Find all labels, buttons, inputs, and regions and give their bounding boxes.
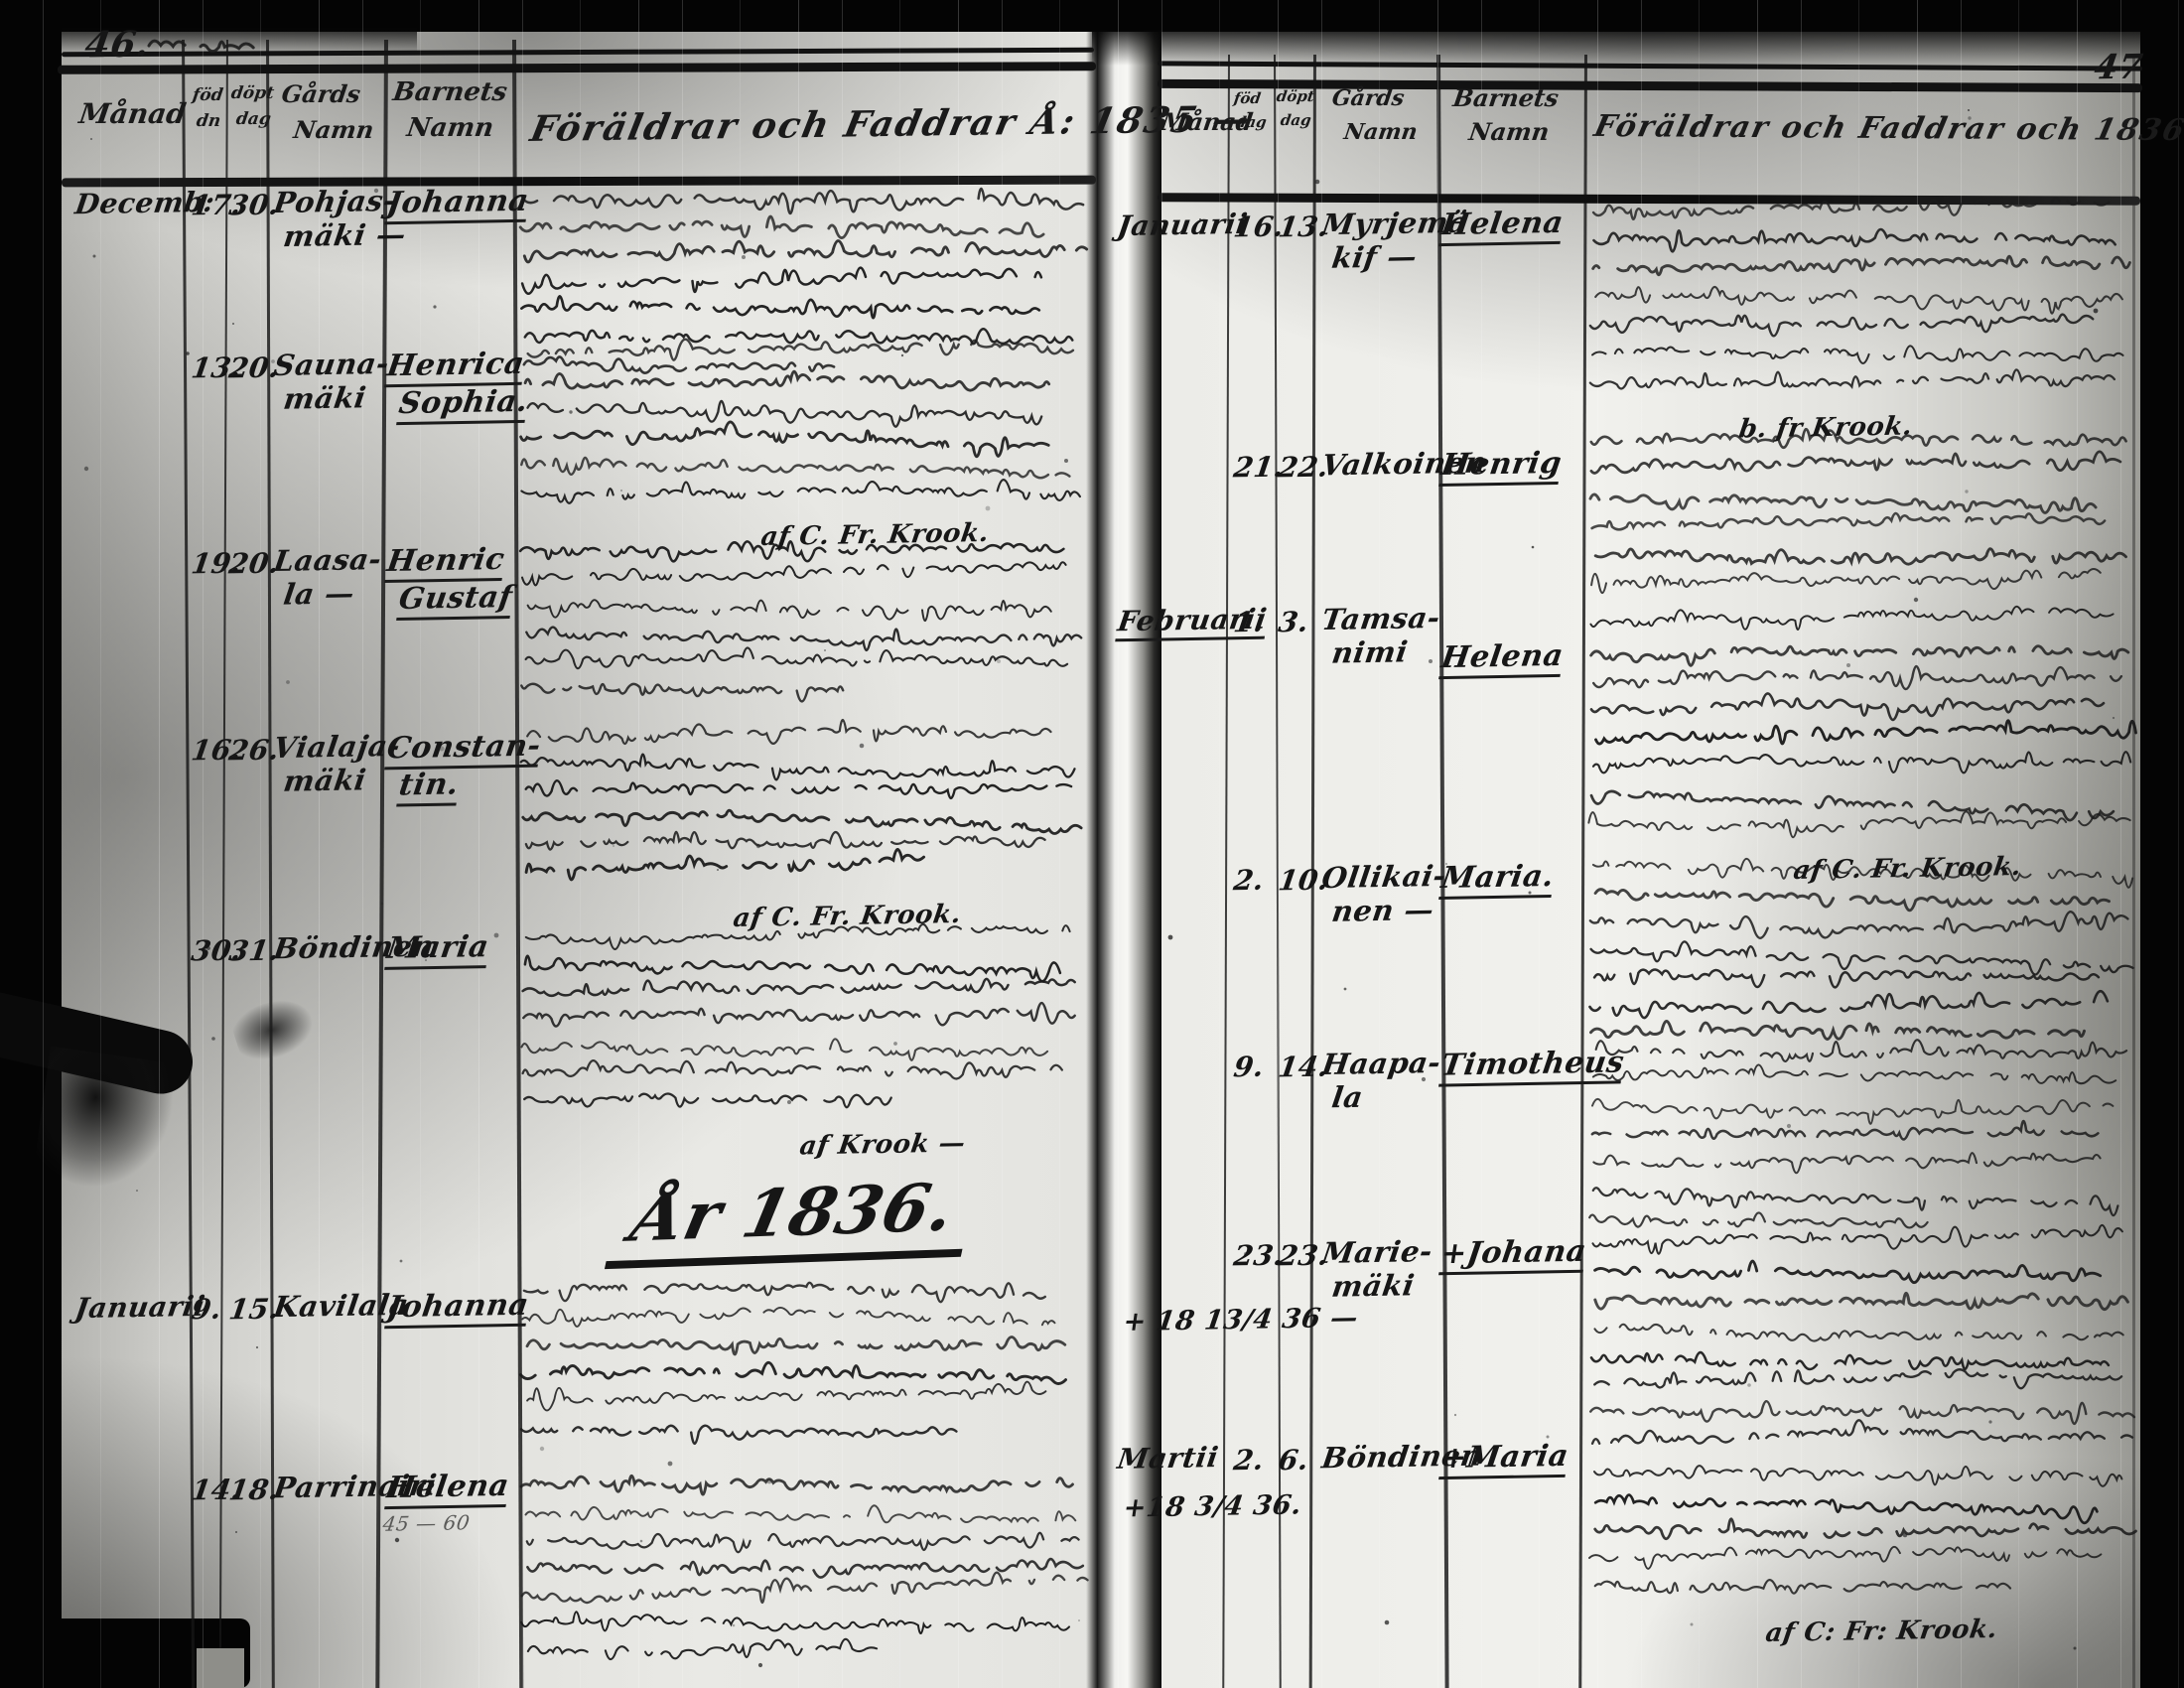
paper-speck (787, 1100, 791, 1104)
right-col-farm2: Namn (1342, 119, 1419, 145)
entry-signature: af Krook — (798, 1128, 968, 1161)
handwriting-line (524, 189, 1083, 213)
handwriting-line (1595, 1325, 2123, 1341)
paper-speck (400, 1260, 403, 1263)
paper-speck (1344, 988, 1347, 991)
handwriting-line (1591, 569, 2110, 593)
entry-born-day: 2. (1232, 864, 1267, 898)
handwriting-line (1596, 721, 2152, 744)
handwriting-line (1591, 1352, 2123, 1369)
left-col-bapt1: döpt (230, 83, 276, 103)
paper-speck (211, 1037, 215, 1041)
entry-child-name: Gustaf (396, 580, 514, 621)
entry-farm-name: la — (282, 576, 357, 611)
entry-month: Martii (1116, 1441, 1221, 1476)
handwriting-line (526, 832, 1045, 850)
paper-speck (717, 869, 719, 871)
handwriting-line (1592, 1121, 2099, 1139)
handwriting-line (1593, 199, 2109, 219)
paper-speck (1846, 663, 1850, 667)
paper-speck (620, 490, 622, 492)
paper-speck (1078, 1619, 1080, 1621)
entry-born-day: 9. (190, 1293, 224, 1327)
entry-farm-name: kif — (1329, 239, 1419, 274)
handwriting-line (1594, 1369, 2121, 1388)
handwriting-line (523, 979, 1075, 996)
entry-death-note: +18 3/4 36. (1122, 1489, 1304, 1523)
left-col-bapt2: dag (235, 109, 273, 129)
left-col-child2: Namn (405, 113, 495, 143)
entry-farm-name: Pohjas- (271, 184, 398, 219)
left-col-born2: dn (196, 111, 222, 131)
paper-speck (901, 354, 903, 356)
handwriting-line (1595, 287, 2122, 314)
entry-child-name: Sophia. (396, 384, 530, 425)
handwriting-line (527, 1533, 1079, 1553)
handwriting-line (1591, 693, 2104, 720)
paper-speck (1914, 598, 1918, 602)
handwriting-line (521, 296, 1038, 318)
entry-signature: af C. Fr. Krook. (1791, 852, 2023, 886)
entry-month: Januarii (73, 1290, 207, 1325)
handwriting-line (526, 1505, 1076, 1522)
right-col-farm1: Gårds (1330, 85, 1406, 111)
handwriting-line (1595, 1519, 2136, 1539)
entry-child-name: Henric (384, 542, 507, 583)
entry-child-name: +Maria (1438, 1439, 1570, 1479)
entry-child-name: Helena (384, 1469, 511, 1509)
entry-child-name: Timotheus (1438, 1045, 1626, 1086)
paper-speck (1064, 459, 1068, 463)
left-page-number: 46. (82, 23, 152, 66)
handwriting-line (1590, 315, 2102, 337)
handwriting-line (1591, 1021, 2100, 1039)
handwriting-line (520, 216, 1043, 238)
paper-speck (2058, 309, 2060, 311)
paper-speck (2076, 69, 2079, 71)
right-col-born2: dag (1235, 113, 1268, 131)
handwriting-line (1595, 549, 2125, 564)
handwriting-line (1595, 1495, 2097, 1523)
entry-child-name: tin. (396, 767, 461, 806)
entry-farm-name: la (1330, 1080, 1366, 1115)
handwriting-line (1590, 1401, 2134, 1424)
handwriting-line (1595, 1580, 2026, 1594)
handwriting-line (1595, 890, 2109, 911)
handwriting-line (1596, 1040, 2126, 1061)
right-wide-header: Föräldrar och Faddrar och 1836 (1591, 109, 2184, 148)
paper-speck (992, 967, 995, 970)
entry-child-name: Henrig (1438, 446, 1564, 487)
paper-speck (893, 1042, 897, 1046)
handwriting-line (521, 422, 1049, 457)
paper-speck (1691, 1623, 1694, 1626)
handwriting-line (527, 720, 1058, 744)
handwriting-line (1593, 666, 2121, 689)
entry-born-day: 1. (1232, 606, 1267, 639)
handwriting-line (527, 1382, 1045, 1411)
handwriting-line (1590, 607, 2113, 630)
handwriting-line (1590, 494, 2096, 512)
handwriting-line (1594, 1466, 2121, 1486)
paper-speck (1903, 1533, 1908, 1538)
paper-speck (824, 649, 826, 651)
handwriting-line (1588, 811, 2145, 837)
handwriting-line (522, 1573, 1088, 1603)
entry-child-name: Helena (1438, 638, 1566, 679)
entry-farm-name: Haapa- (1319, 1046, 1442, 1081)
entry-farm-name: Ollikai- (1319, 859, 1447, 895)
handwriting-line (524, 1094, 891, 1108)
paper-speck (286, 680, 290, 684)
paper-speck (1429, 659, 1433, 663)
handwriting-line (1592, 513, 2121, 529)
paper-speck (1965, 490, 1968, 492)
entry-child-name: Henrica (384, 347, 527, 387)
handwriting-line (1590, 369, 2115, 388)
paper-speck (1988, 1420, 1991, 1423)
paper-speck (256, 1346, 258, 1348)
entry-signature: af C: Fr: Krook. (1764, 1615, 2000, 1648)
paper-speck (1168, 935, 1173, 940)
paper-speck (433, 305, 436, 308)
handwriting-line (1590, 912, 2128, 938)
entry-farm-name: Marie- (1319, 1234, 1434, 1270)
entry-farm-name: Vialaja- (271, 729, 402, 765)
handwriting-line (524, 356, 834, 372)
paper-speck (2113, 717, 2115, 719)
paper-speck (1787, 1124, 1791, 1128)
handwriting-line (521, 458, 1069, 478)
right-col-bapt1: döpt (1276, 87, 1315, 105)
handwriting-line (523, 1003, 1074, 1027)
left-col-born1: föd (192, 85, 224, 105)
paper-speck (861, 988, 863, 990)
handwriting-line (521, 1612, 1069, 1633)
handwriting-line (521, 755, 1075, 780)
handwriting-line (521, 1476, 1073, 1494)
paper-speck (860, 744, 865, 749)
entry-baptized-day: 3. (1277, 606, 1311, 639)
entry-farm-name: Laasa- (271, 542, 383, 578)
handwriting-line (526, 780, 1071, 798)
right-col-child1: Barnets (1451, 83, 1561, 112)
entry-farm-name: nen — (1329, 893, 1435, 928)
entry-child-name: +Johana (1438, 1234, 1588, 1276)
handwriting-line (522, 268, 1041, 294)
handwriting-line (522, 1039, 1048, 1059)
entry-month: Januarii (1116, 208, 1250, 242)
entry-farm-name: mäki (281, 380, 368, 415)
handwriting-line (524, 241, 1086, 262)
handwriting-line (1592, 1099, 2113, 1124)
handwriting-line (1593, 1188, 2118, 1215)
paper-speck (1385, 1620, 1390, 1625)
entry-farm-name: Sauna- (271, 347, 391, 382)
handwriting-line (1593, 1153, 2118, 1173)
handwriting-line (1593, 752, 2130, 773)
entry-farm-name: Tamsa- (1319, 601, 1442, 636)
paper-speck (395, 1538, 399, 1542)
paper-speck (640, 1540, 643, 1543)
paper-speck (569, 410, 572, 413)
paper-speck (1454, 1414, 1456, 1416)
entry-born-day: 9. (1232, 1051, 1267, 1084)
handwriting-line (1589, 1212, 1927, 1227)
entry-signature: b. fr Krook. (1737, 411, 1915, 444)
handwriting-line (527, 1337, 1074, 1354)
handwriting-line (521, 480, 1079, 503)
handwriting-line (1593, 256, 2130, 275)
handwriting-line (522, 562, 1083, 585)
handwriting-line (528, 1639, 877, 1659)
paper-speck (613, 845, 614, 847)
handwriting-line (520, 1362, 1073, 1383)
entry-signature: af C. Fr. Krook. (732, 900, 964, 933)
handwriting-line (1592, 346, 2122, 363)
handwriting-line (528, 600, 1051, 621)
handwriting-line (526, 628, 1081, 650)
year-1836-heading: År 1836. (605, 1168, 980, 1269)
entry-baptized-day: 6. (1277, 1444, 1311, 1477)
paper-speck (756, 844, 760, 848)
handwriting-line (521, 684, 843, 702)
handwriting-line (1594, 969, 2099, 987)
paper-speck (1747, 1383, 1751, 1387)
entry-signature: af C. Fr. Krook. (759, 518, 992, 552)
paper-speck (494, 933, 499, 938)
entry-child-name: Maria (384, 929, 491, 970)
paper-speck (136, 1190, 138, 1192)
paper-speck (235, 1531, 237, 1533)
handwriting-line (1591, 646, 2128, 666)
paper-speck (540, 1447, 544, 1451)
entry-farm-name: mäki (1329, 1268, 1417, 1303)
handwriting-line (522, 1308, 1054, 1327)
paper-speck (997, 659, 1001, 663)
entry-born-day: 2. (1232, 1444, 1267, 1477)
paper-speck (733, 1624, 736, 1627)
handwriting-line (1591, 452, 2120, 474)
right-col-bapt2: dag (1280, 111, 1312, 129)
handwriting-line (528, 401, 1054, 427)
handwriting-line (1591, 791, 2114, 820)
entry-pencil-note: 45 — 60 (381, 1510, 472, 1536)
right-col-born1: föd (1233, 89, 1262, 107)
left-col-farm2: Namn (292, 115, 375, 144)
handwriting-ink-layer (0, 0, 2184, 1688)
handwriting-line (1595, 1293, 2128, 1309)
scanned-parish-register: 46. 47 Månad föd dn döpt dag Gårds Namn … (0, 0, 2184, 1688)
handwriting-line (526, 849, 924, 879)
paper-speck (1547, 1436, 1550, 1439)
entry-death-note: + 18 13/4 36 — (1122, 1303, 1361, 1337)
handwriting-line (526, 647, 1067, 668)
paper-speck (668, 1462, 673, 1467)
paper-speck (986, 506, 991, 511)
paper-speck (758, 1663, 762, 1667)
handwriting-line (1595, 1261, 2101, 1283)
handwriting-line (525, 329, 1081, 344)
left-col-month: Månad (77, 97, 189, 130)
handwriting-line (1591, 941, 2143, 974)
handwriting-line (1594, 229, 2116, 251)
paper-speck (2094, 309, 2099, 314)
left-col-farm1: Gårds (280, 79, 362, 108)
paper-speck (1700, 557, 1703, 560)
entry-child-name: Constan- (384, 729, 543, 771)
right-col-child2: Namn (1467, 117, 1551, 146)
right-page-number: 47 (2092, 48, 2145, 88)
paper-speck (381, 903, 384, 906)
handwriting-line (149, 41, 253, 52)
handwriting-line (523, 810, 1081, 833)
paper-speck (2074, 1647, 2077, 1650)
paper-speck (186, 352, 190, 355)
handwriting-line (1589, 1547, 2113, 1569)
entry-farm-name: mäki (281, 763, 368, 797)
handwriting-line (1593, 1064, 2116, 1083)
handwriting-line (1593, 1225, 2122, 1254)
paper-speck (742, 255, 746, 259)
paper-speck (90, 138, 92, 140)
entry-child-name: Johanna (384, 1288, 531, 1329)
handwriting-line (524, 1283, 1060, 1302)
handwriting-line (521, 1426, 956, 1444)
paper-speck (93, 255, 96, 258)
entry-child-name: Helena (1438, 206, 1566, 246)
entry-farm-name: nimi (1330, 634, 1411, 669)
paper-speck (876, 823, 878, 825)
entry-child-name: Maria. (1438, 859, 1557, 900)
paper-speck (84, 467, 88, 471)
paper-speck (232, 323, 234, 325)
paper-speck (1315, 180, 1320, 185)
paper-speck (1532, 546, 1535, 549)
handwriting-line (1592, 1420, 2132, 1443)
paper-speck (767, 1479, 772, 1484)
left-col-child1: Barnets (391, 77, 509, 107)
handwriting-line (523, 1060, 1062, 1078)
entry-child-name: Johanna (384, 184, 531, 224)
paper-speck (1846, 352, 1849, 355)
handwriting-line (525, 371, 1049, 390)
handwriting-line (528, 340, 1073, 360)
handwriting-line (1590, 991, 2108, 1018)
